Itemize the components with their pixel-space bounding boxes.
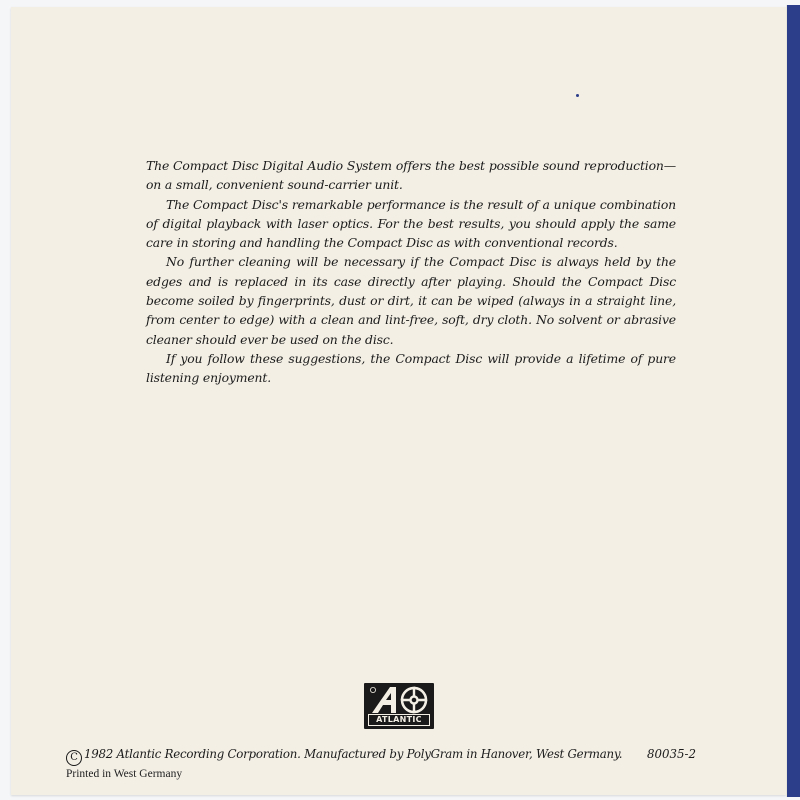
catalog-number: 80035-2 bbox=[647, 747, 696, 761]
booklet-spine bbox=[786, 5, 800, 797]
atlantic-wordmark: ATLANTIC bbox=[368, 714, 430, 726]
copyright-text: 1982 Atlantic Recording Corporation. Man… bbox=[84, 747, 622, 761]
care-instructions-text: The Compact Disc Digital Audio System of… bbox=[146, 156, 676, 388]
atlantic-logo-icon bbox=[364, 683, 434, 716]
atlantic-logo: ATLANTIC bbox=[364, 683, 434, 729]
booklet-page bbox=[11, 7, 786, 795]
paragraph-intro: The Compact Disc Digital Audio System of… bbox=[146, 156, 676, 195]
ink-speck bbox=[576, 94, 579, 97]
copyright-line: C1982 Atlantic Recording Corporation. Ma… bbox=[66, 747, 706, 766]
paragraph-conclusion: If you follow these suggestions, the Com… bbox=[146, 349, 676, 388]
paragraph-cleaning: No further cleaning will be necessary if… bbox=[146, 252, 676, 348]
copyright-symbol: C bbox=[66, 750, 82, 766]
paragraph-performance: The Compact Disc's remarkable performanc… bbox=[146, 195, 676, 253]
printed-in-text: Printed in West Germany bbox=[66, 768, 182, 780]
